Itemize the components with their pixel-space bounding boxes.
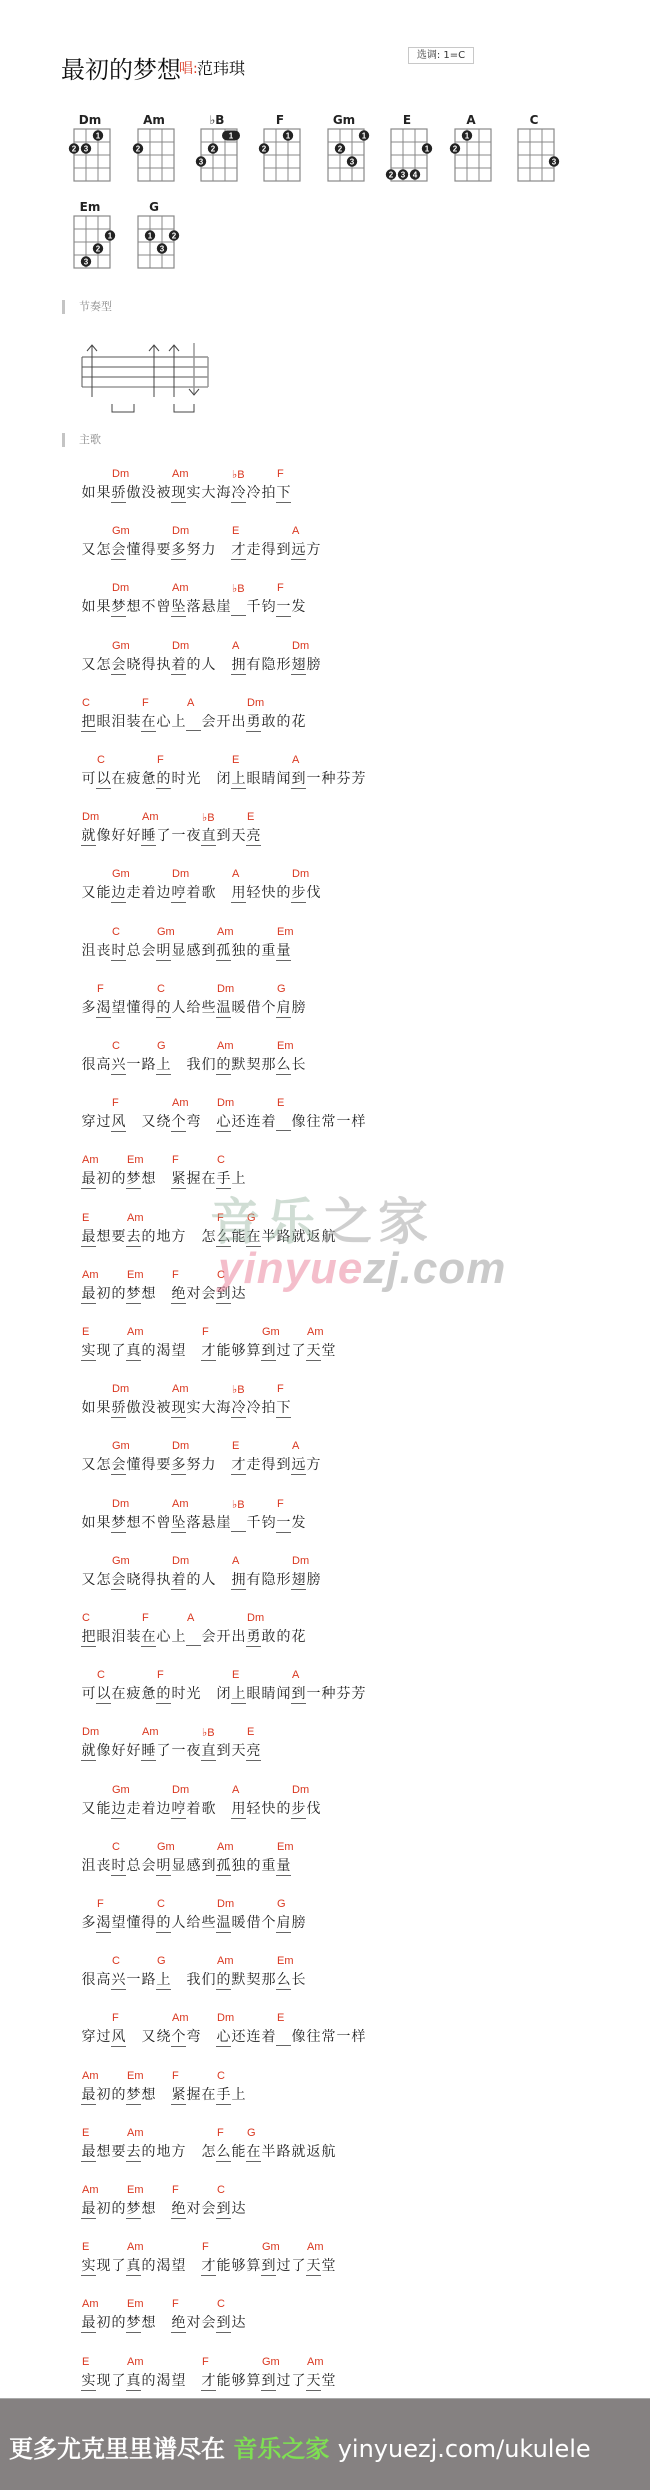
singer-name[interactable]: 范玮琪: [197, 56, 245, 79]
lyric-char: 下: [276, 1397, 291, 1418]
lyric-char: 在: [111, 1683, 126, 1703]
lyric-char: [216, 657, 231, 673]
lyric-char: 要: [156, 539, 171, 559]
chord-label[interactable]: F: [277, 582, 284, 594]
chord-label[interactable]: C: [112, 926, 120, 938]
chord-label[interactable]: Gm: [262, 1326, 280, 1338]
chord-label[interactable]: C: [112, 1841, 120, 1853]
watermark-cn-part1: 音乐: [210, 1193, 322, 1251]
chord-label[interactable]: F: [172, 2298, 179, 2310]
chord-label[interactable]: Gm: [157, 926, 175, 938]
lyric-text: 最初的梦想 绝对会到达: [81, 2312, 246, 2332]
chord-label[interactable]: A: [187, 1612, 194, 1624]
lyric-char: 才: [201, 1340, 216, 1361]
chord-label[interactable]: Am: [172, 1498, 189, 1510]
chord-label[interactable]: Dm: [172, 525, 189, 537]
chord-label[interactable]: C: [97, 1669, 105, 1681]
chord-label[interactable]: F: [202, 2356, 209, 2368]
chord-label[interactable]: E: [232, 754, 239, 766]
chord-label[interactable]: Am: [172, 2012, 189, 2024]
chord-label[interactable]: Dm: [292, 640, 309, 652]
lyric-char: 总: [126, 1855, 141, 1875]
lyric-char: 会: [141, 1855, 156, 1875]
chord-label[interactable]: C: [157, 983, 165, 995]
lyric-char: [231, 599, 246, 616]
chord-label[interactable]: F: [172, 2070, 179, 2082]
chord-label[interactable]: F: [277, 1498, 284, 1510]
chord-label[interactable]: Am: [127, 2127, 144, 2139]
chord-label[interactable]: Am: [127, 2356, 144, 2368]
lyric-char: 把: [81, 711, 96, 732]
footer-text[interactable]: 更多尤克里里谱尽在 音乐之家 yinyuezj.com/ukulele: [9, 2429, 591, 2464]
chord-label[interactable]: A: [232, 1555, 239, 1567]
chord-label[interactable]: G: [247, 2127, 256, 2139]
lyric-char: 了: [156, 1740, 171, 1760]
lyric-char: 会: [201, 1283, 216, 1303]
lyric-char: 惫: [141, 768, 156, 788]
lyric-char: 过: [96, 2026, 111, 2046]
chord-label[interactable]: Am: [307, 2241, 324, 2253]
chord-label[interactable]: Am: [307, 2356, 324, 2368]
chord-label[interactable]: Em: [127, 1154, 144, 1166]
chord-label[interactable]: E: [247, 811, 254, 823]
chord-label[interactable]: Am: [217, 1841, 234, 1853]
chord-label[interactable]: Em: [127, 2070, 144, 2082]
lyric-char: 力: [201, 1454, 216, 1474]
chord-label[interactable]: C: [97, 754, 105, 766]
lyric-char: 睡: [141, 825, 156, 846]
chord-label[interactable]: Am: [82, 2298, 99, 2310]
lyric-char: 想: [141, 2084, 156, 2104]
footer-url[interactable]: yinyuezj.com/ukulele: [338, 2435, 591, 2463]
chord-label[interactable]: F: [157, 1669, 164, 1681]
chord-label[interactable]: C: [217, 2298, 225, 2310]
lyric-char: 执: [156, 654, 171, 674]
lyric-char: 才: [231, 539, 246, 560]
chord-label[interactable]: Dm: [247, 1612, 264, 1624]
lyric-char: 现: [96, 2370, 111, 2390]
lyric-char: 夜: [186, 1740, 201, 1760]
chord-label[interactable]: ♭B: [232, 1383, 245, 1396]
chord-row: AmEmFC: [81, 1154, 246, 1168]
lyric-line: CFADm把眼泪装在心上 会开出勇敢的花: [81, 1612, 306, 1652]
chord-label[interactable]: Am: [82, 1154, 99, 1166]
chord-row: AmEmFC: [81, 2184, 246, 2198]
chord-label[interactable]: C: [82, 697, 90, 709]
lyric-text: 沮丧时总会明显感到孤独的重量: [81, 1855, 291, 1875]
lyric-char: 穿: [81, 2026, 96, 2046]
chord-label[interactable]: Gm: [262, 2356, 280, 2368]
chord-label[interactable]: Gm: [112, 1784, 130, 1796]
chord-label[interactable]: F: [202, 1326, 209, 1338]
chord-label[interactable]: G: [157, 1955, 166, 1967]
chord-label[interactable]: Am: [82, 2070, 99, 2082]
svg-text:2: 2: [262, 145, 267, 154]
chord-label[interactable]: Am: [127, 2241, 144, 2253]
chord-label[interactable]: F: [277, 1383, 284, 1395]
chord-row: EAmFGmAm: [81, 1326, 336, 1340]
lyric-text: 把眼泪装在心上 会开出勇敢的花: [81, 1626, 306, 1646]
chord-label[interactable]: Em: [277, 926, 294, 938]
lyric-char: 怎: [201, 2141, 216, 2161]
lyric-char: 过: [96, 1111, 111, 1131]
lyric-text: 多渴望懂得的人给些温暖借个肩膀: [81, 997, 306, 1017]
lyric-char: 达: [231, 2312, 246, 2332]
chord-label[interactable]: E: [82, 2356, 89, 2368]
lyric-char: 远: [291, 539, 306, 560]
lyric-char: 的: [276, 882, 291, 902]
chord-label[interactable]: Dm: [217, 1898, 234, 1910]
chord-label[interactable]: Am: [217, 1955, 234, 1967]
chord-label[interactable]: F: [172, 2184, 179, 2196]
chord-label[interactable]: F: [202, 2241, 209, 2253]
lyric-line: DmAm♭BF如果骄傲没被现实大海冷冷拍下: [81, 1383, 291, 1423]
lyric-char: 到: [291, 768, 306, 789]
chord-label[interactable]: F: [97, 983, 104, 995]
lyric-char: 又: [81, 1569, 96, 1589]
chord-label[interactable]: Em: [127, 1269, 144, 1281]
lyric-char: 会: [201, 1626, 216, 1646]
lyric-char: 渴: [156, 2370, 171, 2390]
chord-label[interactable]: Am: [307, 1326, 324, 1338]
lyric-char: 又: [81, 1454, 96, 1474]
chord-label[interactable]: Em: [277, 1841, 294, 1853]
strum-pattern-icon: [80, 340, 220, 420]
chord-label[interactable]: F: [142, 697, 149, 709]
chord-label[interactable]: E: [277, 2012, 284, 2024]
lyric-text: 就像好好睡了一夜直到天亮: [81, 1740, 261, 1760]
lyric-char: 果: [96, 1512, 111, 1532]
chord-row: DmAm♭BF: [81, 468, 291, 482]
chord-label[interactable]: C: [217, 2184, 225, 2196]
lyric-char: 用: [231, 1798, 246, 1819]
lyric-char: 沮: [81, 1855, 96, 1875]
lyric-char: 最: [81, 1226, 96, 1247]
lyric-char: 就: [81, 825, 96, 846]
chord-label[interactable]: Dm: [292, 1555, 309, 1567]
chord-row: DmAm♭BE: [81, 811, 261, 825]
lyric-line: DmAm♭BE就像好好睡了一夜直到天亮: [81, 1726, 261, 1766]
chord-label[interactable]: ♭B: [232, 1498, 245, 1511]
chord-label[interactable]: ♭B: [232, 468, 245, 481]
lyric-line: GmDmADm又怎会晓得执着的人 拥有隐形翅膀: [81, 640, 321, 680]
lyric-char: 如: [81, 596, 96, 616]
lyric-text: 最想要去的地方 怎么能在半路就返航: [81, 2141, 336, 2161]
lyric-char: 力: [201, 539, 216, 559]
lyric-char: 重: [261, 1855, 276, 1875]
lyric-char: 傲: [126, 1397, 141, 1417]
lyric-char: 了: [291, 2370, 306, 2390]
chord-row: GmDmEA: [81, 1440, 321, 1454]
chord-label[interactable]: E: [232, 1440, 239, 1452]
lyric-char: 眼: [96, 1626, 111, 1646]
chord-label[interactable]: Dm: [247, 697, 264, 709]
chord-label[interactable]: Em: [127, 2184, 144, 2196]
chord-label[interactable]: F: [277, 468, 284, 480]
chord-label[interactable]: Dm: [172, 1555, 189, 1567]
chord-label[interactable]: E: [232, 525, 239, 537]
chord-label[interactable]: A: [292, 1440, 299, 1452]
chord-label[interactable]: Dm: [112, 582, 129, 594]
lyric-char: 望: [171, 2370, 186, 2390]
lyric-char: 想: [141, 2198, 156, 2218]
chord-label[interactable]: E: [232, 1669, 239, 1681]
lyric-char: 到: [216, 2312, 231, 2333]
chord-label[interactable]: F: [112, 1097, 119, 1109]
lyric-char: 些: [201, 997, 216, 1017]
lyric-char: 孤: [216, 940, 231, 961]
lyric-char: 温: [216, 1912, 231, 1933]
lyric-char: 闻: [276, 1683, 291, 1703]
chord-row: AmEmFC: [81, 2070, 246, 2084]
chord-label[interactable]: E: [82, 1212, 89, 1224]
lyric-char: 紧: [171, 1168, 186, 1189]
chord-row: GmDmADm: [81, 1784, 321, 1798]
chord-label[interactable]: A: [232, 640, 239, 652]
chord-label[interactable]: ♭B: [232, 582, 245, 595]
chord-label[interactable]: Gm: [112, 1440, 130, 1452]
chord-label[interactable]: E: [277, 1097, 284, 1109]
chord-row: GmDmADm: [81, 640, 321, 654]
lyric-char: 如: [81, 1397, 96, 1417]
lyric-char: 风: [111, 2026, 126, 2047]
chord-label[interactable]: ♭B: [202, 1726, 215, 1739]
lyric-char: 去: [126, 1226, 141, 1247]
lyric-char: 们: [201, 1969, 216, 1989]
chord-label[interactable]: E: [82, 2241, 89, 2253]
lyric-char: 的: [216, 1054, 231, 1075]
lyric-char: [201, 2029, 216, 2045]
chord-label[interactable]: A: [292, 1669, 299, 1681]
chord-label[interactable]: Dm: [292, 868, 309, 880]
lyric-char: 绕: [156, 2026, 171, 2046]
lyric-line: EAmFGmAm实现了真的渴望 才能够算到过了天堂: [81, 2356, 336, 2396]
lyric-char: 往: [306, 1111, 321, 1131]
chord-label[interactable]: C: [112, 1955, 120, 1967]
chord-label[interactable]: Gm: [112, 868, 130, 880]
chord-label[interactable]: Gm: [112, 640, 130, 652]
lyric-char: 冷: [231, 1397, 246, 1418]
chord-label[interactable]: Am: [172, 1383, 189, 1395]
lyric-char: 么: [216, 2141, 231, 2162]
lyric-char: 膀: [306, 1569, 321, 1589]
lyric-char: 够: [231, 2370, 246, 2390]
chord-label[interactable]: Dm: [82, 1726, 99, 1738]
lyric-char: 了: [111, 1340, 126, 1360]
lyric-char: 梦: [126, 1168, 141, 1189]
chord-label[interactable]: Gm: [262, 2241, 280, 2253]
fretboard-icon: 2: [124, 127, 184, 187]
lyric-char: 梦: [126, 2084, 141, 2105]
key-select[interactable]: 选调: 1=C: [408, 47, 474, 64]
chord-label[interactable]: Em: [277, 1955, 294, 1967]
fretboard-icon: 12: [441, 127, 501, 187]
chord-label[interactable]: Am: [142, 811, 159, 823]
song-title: 最初的梦想: [61, 50, 181, 85]
lyric-char: 膀: [291, 1912, 306, 1932]
chord-label[interactable]: Dm: [172, 640, 189, 652]
lyric-char: 着: [261, 1111, 276, 1131]
lyric-char: 借: [246, 997, 261, 1017]
chord-label[interactable]: F: [217, 2127, 224, 2139]
lyric-char: 独: [231, 940, 246, 960]
lyric-char: 勇: [246, 1626, 261, 1647]
chord-label[interactable]: C: [82, 1612, 90, 1624]
chord-label[interactable]: C: [217, 1154, 225, 1166]
chord-label[interactable]: F: [112, 2012, 119, 2024]
lyric-char: 还: [231, 2026, 246, 2046]
chord-label[interactable]: Dm: [82, 811, 99, 823]
chord-label[interactable]: Dm: [217, 983, 234, 995]
lyric-char: 想: [126, 596, 141, 616]
chord-label[interactable]: G: [277, 983, 286, 995]
lyric-char: 很: [81, 1969, 96, 1989]
fretboard-icon: 1234: [377, 127, 437, 187]
chord-label[interactable]: Am: [127, 1326, 144, 1338]
chord-label[interactable]: Gm: [112, 525, 130, 537]
lyric-char: 隐: [261, 654, 276, 674]
lyric-char: 时: [111, 940, 126, 961]
lyric-line: FAmDmE穿过风 又绕个弯 心还连着 像往常一样: [81, 2012, 366, 2052]
lyric-char: 些: [201, 1912, 216, 1932]
lyric-char: 时: [171, 768, 186, 788]
lyric-text: 实现了真的渴望 才能够算到过了天堂: [81, 2255, 336, 2275]
chord-label[interactable]: Gm: [157, 1841, 175, 1853]
chord-label[interactable]: G: [277, 1898, 286, 1910]
lyric-char: 心: [216, 1111, 231, 1132]
lyric-char: 以: [96, 768, 111, 789]
chord-label[interactable]: G: [157, 1040, 166, 1052]
lyric-char: 上: [231, 1683, 246, 1704]
svg-text:2: 2: [211, 145, 216, 154]
chord-label[interactable]: F: [97, 1898, 104, 1910]
lyric-char: 初: [96, 2198, 111, 2218]
lyric-char: 装: [126, 711, 141, 731]
lyric-line: FCDmG多渴望懂得的人给些温暖借个肩膀: [81, 983, 306, 1023]
chord-label[interactable]: Gm: [112, 1555, 130, 1567]
lyric-char: 疲: [126, 768, 141, 788]
chord-label[interactable]: Am: [82, 1269, 99, 1281]
chord-label[interactable]: Dm: [217, 1097, 234, 1109]
lyric-char: 望: [111, 1912, 126, 1932]
lyric-text: 又怎会晓得执着的人 拥有隐形翅膀: [81, 654, 321, 674]
chord-label[interactable]: Dm: [112, 1383, 129, 1395]
chord-label[interactable]: Am: [217, 1040, 234, 1052]
chord-label[interactable]: E: [247, 1726, 254, 1738]
chord-label[interactable]: C: [217, 2070, 225, 2082]
lyric-char: 到: [276, 539, 291, 559]
lyric-char: 边: [111, 882, 126, 903]
lyric-char: 能: [96, 882, 111, 902]
chord-row: EAmFGmAm: [81, 2241, 336, 2255]
footer-banner[interactable]: 更多尤克里里谱尽在 音乐之家 yinyuezj.com/ukulele: [0, 2398, 650, 2490]
lyric-char: 返: [306, 2141, 321, 2161]
chord-label[interactable]: Am: [82, 2184, 99, 2196]
chord-label[interactable]: C: [112, 1040, 120, 1052]
chord-label[interactable]: F: [157, 754, 164, 766]
lyric-char: 实: [81, 1340, 96, 1361]
lyric-char: 才: [231, 1454, 246, 1475]
lyric-char: 去: [126, 2141, 141, 2162]
lyric-char: 得: [141, 654, 156, 674]
chord-label[interactable]: Am: [172, 582, 189, 594]
chord-label[interactable]: A: [232, 1784, 239, 1796]
lyric-line: CGAmEm很高兴一路上 我们的默契那么长: [81, 1040, 306, 1080]
lyric-line: AmEmFC最初的梦想 紧握在手上: [81, 2070, 246, 2110]
lyric-text: 穿过风 又绕个弯 心还连着 像往常一样: [81, 2026, 366, 2046]
chord-label[interactable]: Em: [277, 1040, 294, 1052]
chord-label[interactable]: Am: [172, 1097, 189, 1109]
lyric-char: 上: [171, 1626, 186, 1646]
chord-label[interactable]: Dm: [172, 868, 189, 880]
chord-label[interactable]: A: [292, 754, 299, 766]
chord-label[interactable]: F: [142, 1612, 149, 1624]
lyric-char: 在: [246, 2141, 261, 2162]
lyric-char: 形: [276, 654, 291, 674]
footer-brand: 音乐之家: [233, 2435, 329, 2463]
chord-label[interactable]: E: [82, 1326, 89, 1338]
chord-label[interactable]: Dm: [172, 1440, 189, 1452]
lyric-line: CGmAmEm沮丧时总会明显感到孤独的重量: [81, 926, 291, 966]
chord-label[interactable]: Am: [172, 468, 189, 480]
lyric-char: 拥: [231, 654, 246, 675]
chord-label[interactable]: F: [172, 1269, 179, 1281]
lyric-char: 着: [171, 1569, 186, 1590]
chord-label[interactable]: E: [82, 2127, 89, 2139]
lyric-char: 丧: [96, 1855, 111, 1875]
chord-label[interactable]: C: [157, 1898, 165, 1910]
lyric-char: 到: [216, 2198, 231, 2219]
chord-label[interactable]: ♭B: [202, 811, 215, 824]
lyric-char: 的: [111, 1283, 126, 1303]
chord-label[interactable]: Am: [217, 926, 234, 938]
chord-label[interactable]: Dm: [217, 2012, 234, 2024]
lyric-char: 翅: [291, 654, 306, 675]
lyric-char: [201, 1686, 216, 1702]
lyric-char: 对: [186, 1283, 201, 1303]
lyric-char: 天: [231, 825, 246, 845]
lyric-char: 样: [351, 1111, 366, 1131]
lyric-char: 的: [276, 1798, 291, 1818]
lyric-char: 钧: [261, 1512, 276, 1532]
lyric-char: 直: [201, 1740, 216, 1761]
lyric-char: 能: [231, 2141, 246, 2161]
lyric-char: 现: [171, 1397, 186, 1418]
lyric-char: 被: [156, 482, 171, 502]
chord-label[interactable]: Dm: [292, 1784, 309, 1796]
lyric-char: 得: [141, 997, 156, 1017]
chord-label[interactable]: A: [187, 697, 194, 709]
lyric-char: 发: [291, 596, 306, 616]
chord-label[interactable]: Am: [127, 1212, 144, 1224]
chord-label[interactable]: Am: [142, 1726, 159, 1738]
chord-row: CFADm: [81, 697, 306, 711]
lyric-char: 想: [126, 1512, 141, 1532]
lyric-char: 得: [141, 1912, 156, 1932]
lyric-char: 一: [126, 1969, 141, 1989]
chord-label[interactable]: A: [292, 525, 299, 537]
chord-label[interactable]: Dm: [112, 1498, 129, 1510]
lyric-char: 芳: [351, 768, 366, 788]
lyric-text: 又怎会晓得执着的人 拥有隐形翅膀: [81, 1569, 321, 1589]
chord-label[interactable]: Dm: [172, 1784, 189, 1796]
chord-label[interactable]: Dm: [112, 468, 129, 480]
chord-label[interactable]: F: [172, 1154, 179, 1166]
lyric-char: 如: [81, 1512, 96, 1532]
lyric-line: EAmFG最想要去的地方 怎么能在半路就返航: [81, 2127, 336, 2167]
chord-label[interactable]: Em: [127, 2298, 144, 2310]
chord-label[interactable]: A: [232, 868, 239, 880]
